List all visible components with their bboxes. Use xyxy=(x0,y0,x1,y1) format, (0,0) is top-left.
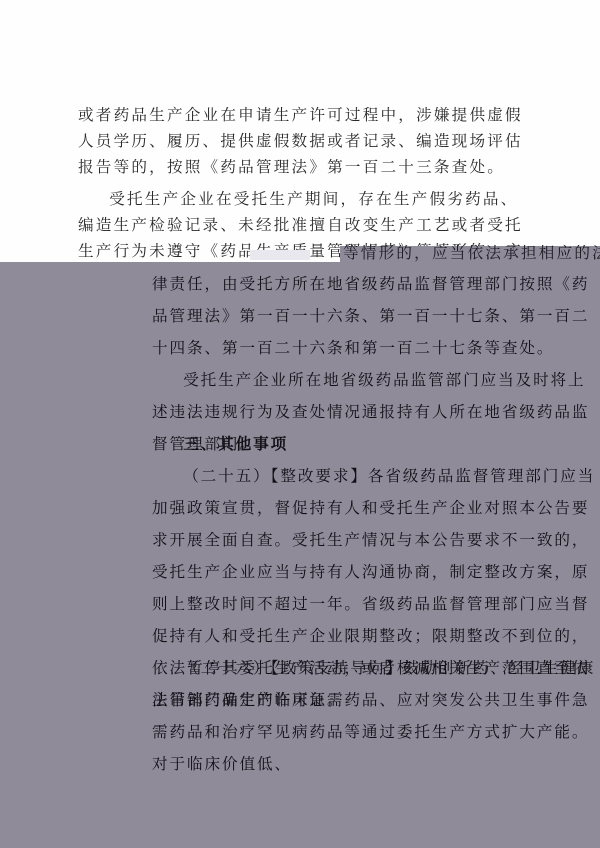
scan-artifact xyxy=(250,250,310,260)
paragraph-legal-liability: 律责任，由受托方所在地省级药品监督管理部门按照《药品管理法》第一百一十六条、第一… xyxy=(152,268,596,364)
paragraph-policy-support: （二十六）【政策支持导向】鼓励创新药、经卫生健康主管部门确定的临床急需药品、应对… xyxy=(152,652,596,780)
document-page-top: 或者药品生产企业在申请生产许可过程中，涉嫌提供虚假人员学历、履历、提供虚假数据或… xyxy=(0,0,600,262)
section-heading-other-matters: 三、其他事项 xyxy=(152,428,596,460)
overlap-text-fragment: 等情形的，应当依法承担相应的法 xyxy=(343,240,600,262)
paragraph-qualification-fraud: 或者药品生产企业在申请生产许可过程中，涉嫌提供虚假人员学历、履历、提供虚假数据或… xyxy=(78,102,528,180)
document-page-overlay: 律责任，由受托方所在地省级药品监督管理部门按照《药品管理法》第一百一十六条、第一… xyxy=(0,262,600,848)
